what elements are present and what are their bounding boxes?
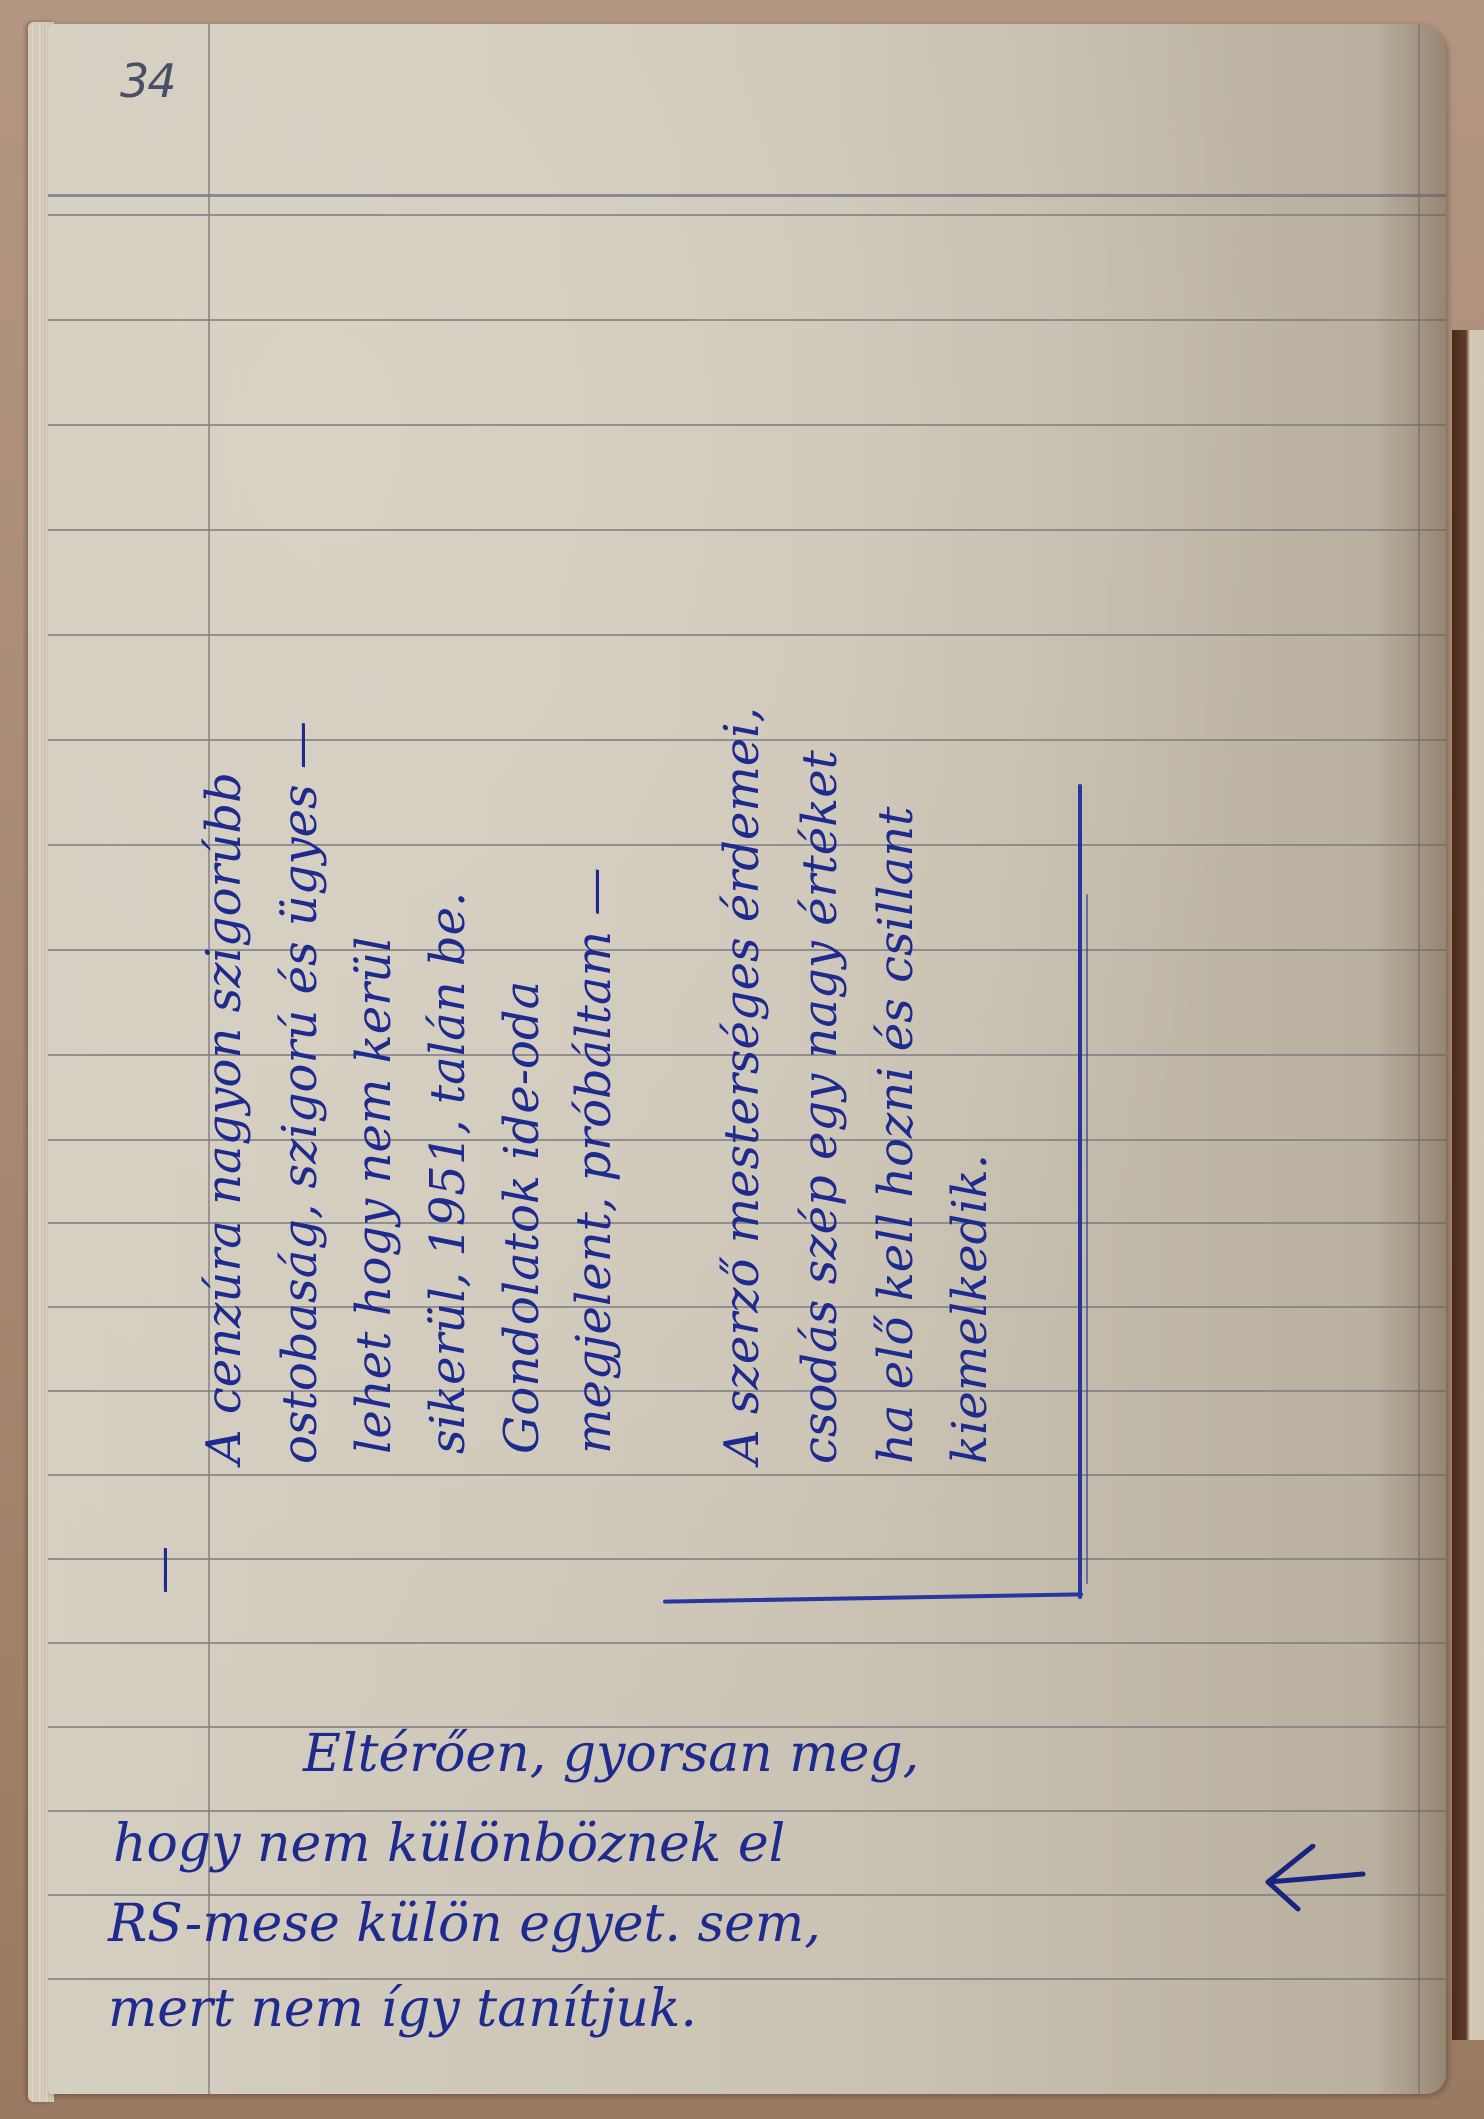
bottom-line-3: RS-mese külön egyet. sem, [108,1894,821,1954]
bottom-line-4: mert nem így tanítjuk. [108,1979,697,2039]
rotated-line: ostobaság, szigorú és ügyes — [276,721,324,1464]
rule-line [48,214,1446,216]
bottom-line-2: hogy nem különböznek el [113,1814,785,1874]
rotated-line: A cenzúra nagyon szigorúbb [200,772,248,1464]
rule-line [48,1474,1446,1476]
rotated-line: lehet hogy nem kerül [350,937,398,1454]
rotated-line: ha elő kell hozni és csillant [872,807,920,1464]
rotated-line: csodás szép egy nagy értéket [796,750,844,1464]
rule-line [48,1558,1446,1560]
rule-line [48,319,1446,321]
rule-line [48,1642,1446,1644]
bracket-bottom-stroke [663,1592,1083,1603]
page-number: 34 [120,54,175,108]
left-arrow-icon [1258,1844,1368,1914]
rule-line [48,529,1446,531]
rule-line [48,634,1446,636]
bracket-right-stroke-2 [1086,894,1088,1584]
rotated-line: sikerül, 1951, talán be. [424,892,472,1454]
rotated-line: megjelent, próbáltam — [570,868,618,1454]
rotated-line: Gondolatok ide-oda [498,981,546,1454]
rotated-line: A szerző mesterséges érdemei, [718,707,766,1464]
facing-page-edge [1452,330,1484,2040]
rotated-line: kiemelkedik. [946,1154,994,1464]
bracket-right-stroke [1078,784,1082,1599]
leading-dash: — [134,1546,190,1594]
rule-line [48,424,1446,426]
header-rule [48,194,1446,197]
notebook-page: 34 — A cenzúra nagyon szigorúbb ostobasá… [48,24,1446,2094]
bottom-line-1: Eltérően, gyorsan meg, [303,1724,919,1784]
page-curl-shadow [1376,24,1446,2094]
rule-line [48,1810,1446,1812]
